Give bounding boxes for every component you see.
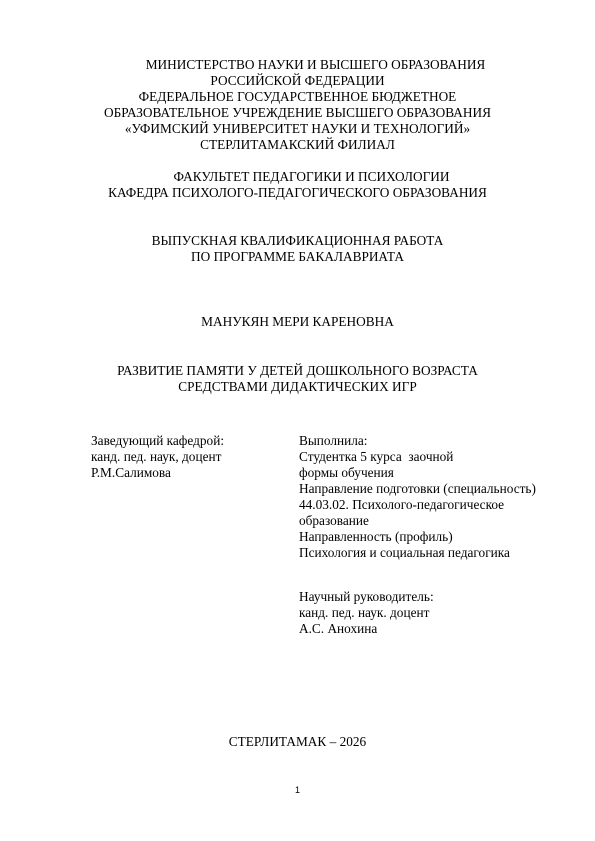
header-line: МИНИСТЕРСТВО НАУКИ И ВЫСШЕГО ОБРАЗОВАНИЯ [0, 57, 595, 73]
supervisor-name: А.С. Анохина [299, 621, 377, 637]
supervisor-degree: канд. пед. наук. доцент [299, 605, 429, 621]
page-number: 1 [0, 782, 595, 798]
head-name: Р.М.Салимова [91, 465, 171, 481]
faculty-name: ФАКУЛЬТЕТ ПЕДАГОГИКИ И ПСИХОЛОГИИ [0, 169, 595, 185]
header-line: ФЕДЕРАЛЬНОЕ ГОСУДАРСТВЕННОЕ БЮДЖЕТНОЕ [0, 89, 595, 105]
header-line: ОБРАЗОВАТЕЛЬНОЕ УЧРЕЖДЕНИЕ ВЫСШЕГО ОБРАЗ… [0, 105, 595, 121]
author-name: МАНУКЯН МЕРИ КАРЕНОВНА [0, 314, 595, 330]
performed-by-line: 44.03.02. Психолого-педагогическое [299, 497, 504, 513]
performed-by-line: образование [299, 513, 369, 529]
performed-by-line: Психология и социальная педагогика [299, 545, 510, 561]
supervisor-label: Научный руководитель: [299, 589, 434, 605]
performed-by-line: Направление подготовки (специальность) [299, 481, 536, 497]
performed-by-line: формы обучения [299, 465, 394, 481]
header-line: «УФИМСКИЙ УНИВЕРСИТЕТ НАУКИ И ТЕХНОЛОГИЙ… [0, 121, 595, 137]
header-line: РОССИЙСКОЙ ФЕДЕРАЦИИ [0, 73, 595, 89]
thesis-title-line: РАЗВИТИЕ ПАМЯТИ У ДЕТЕЙ ДОШКОЛЬНОГО ВОЗР… [0, 363, 595, 379]
work-type-line: ВЫПУСКНАЯ КВАЛИФИКАЦИОННАЯ РАБОТА [0, 233, 595, 249]
performed-by-line: Студентка 5 курса заочной [299, 449, 453, 465]
city-year: СТЕРЛИТАМАК – 2026 [0, 734, 595, 750]
performed-by-label: Выполнила: [299, 433, 368, 449]
work-type-line: ПО ПРОГРАММЕ БАКАЛАВРИАТА [0, 249, 595, 265]
head-label: Заведующий кафедрой: [91, 433, 224, 449]
thesis-title-line: СРЕДСТВАМИ ДИДАКТИЧЕСКИХ ИГР [0, 379, 595, 395]
department-name: КАФЕДРА ПСИХОЛОГО-ПЕДАГОГИЧЕСКОГО ОБРАЗО… [0, 185, 595, 201]
performed-by-line: Направленность (профиль) [299, 529, 453, 545]
head-degree: канд. пед. наук, доцент [91, 449, 221, 465]
header-line: СТЕРЛИТАМАКСКИЙ ФИЛИАЛ [0, 137, 595, 153]
